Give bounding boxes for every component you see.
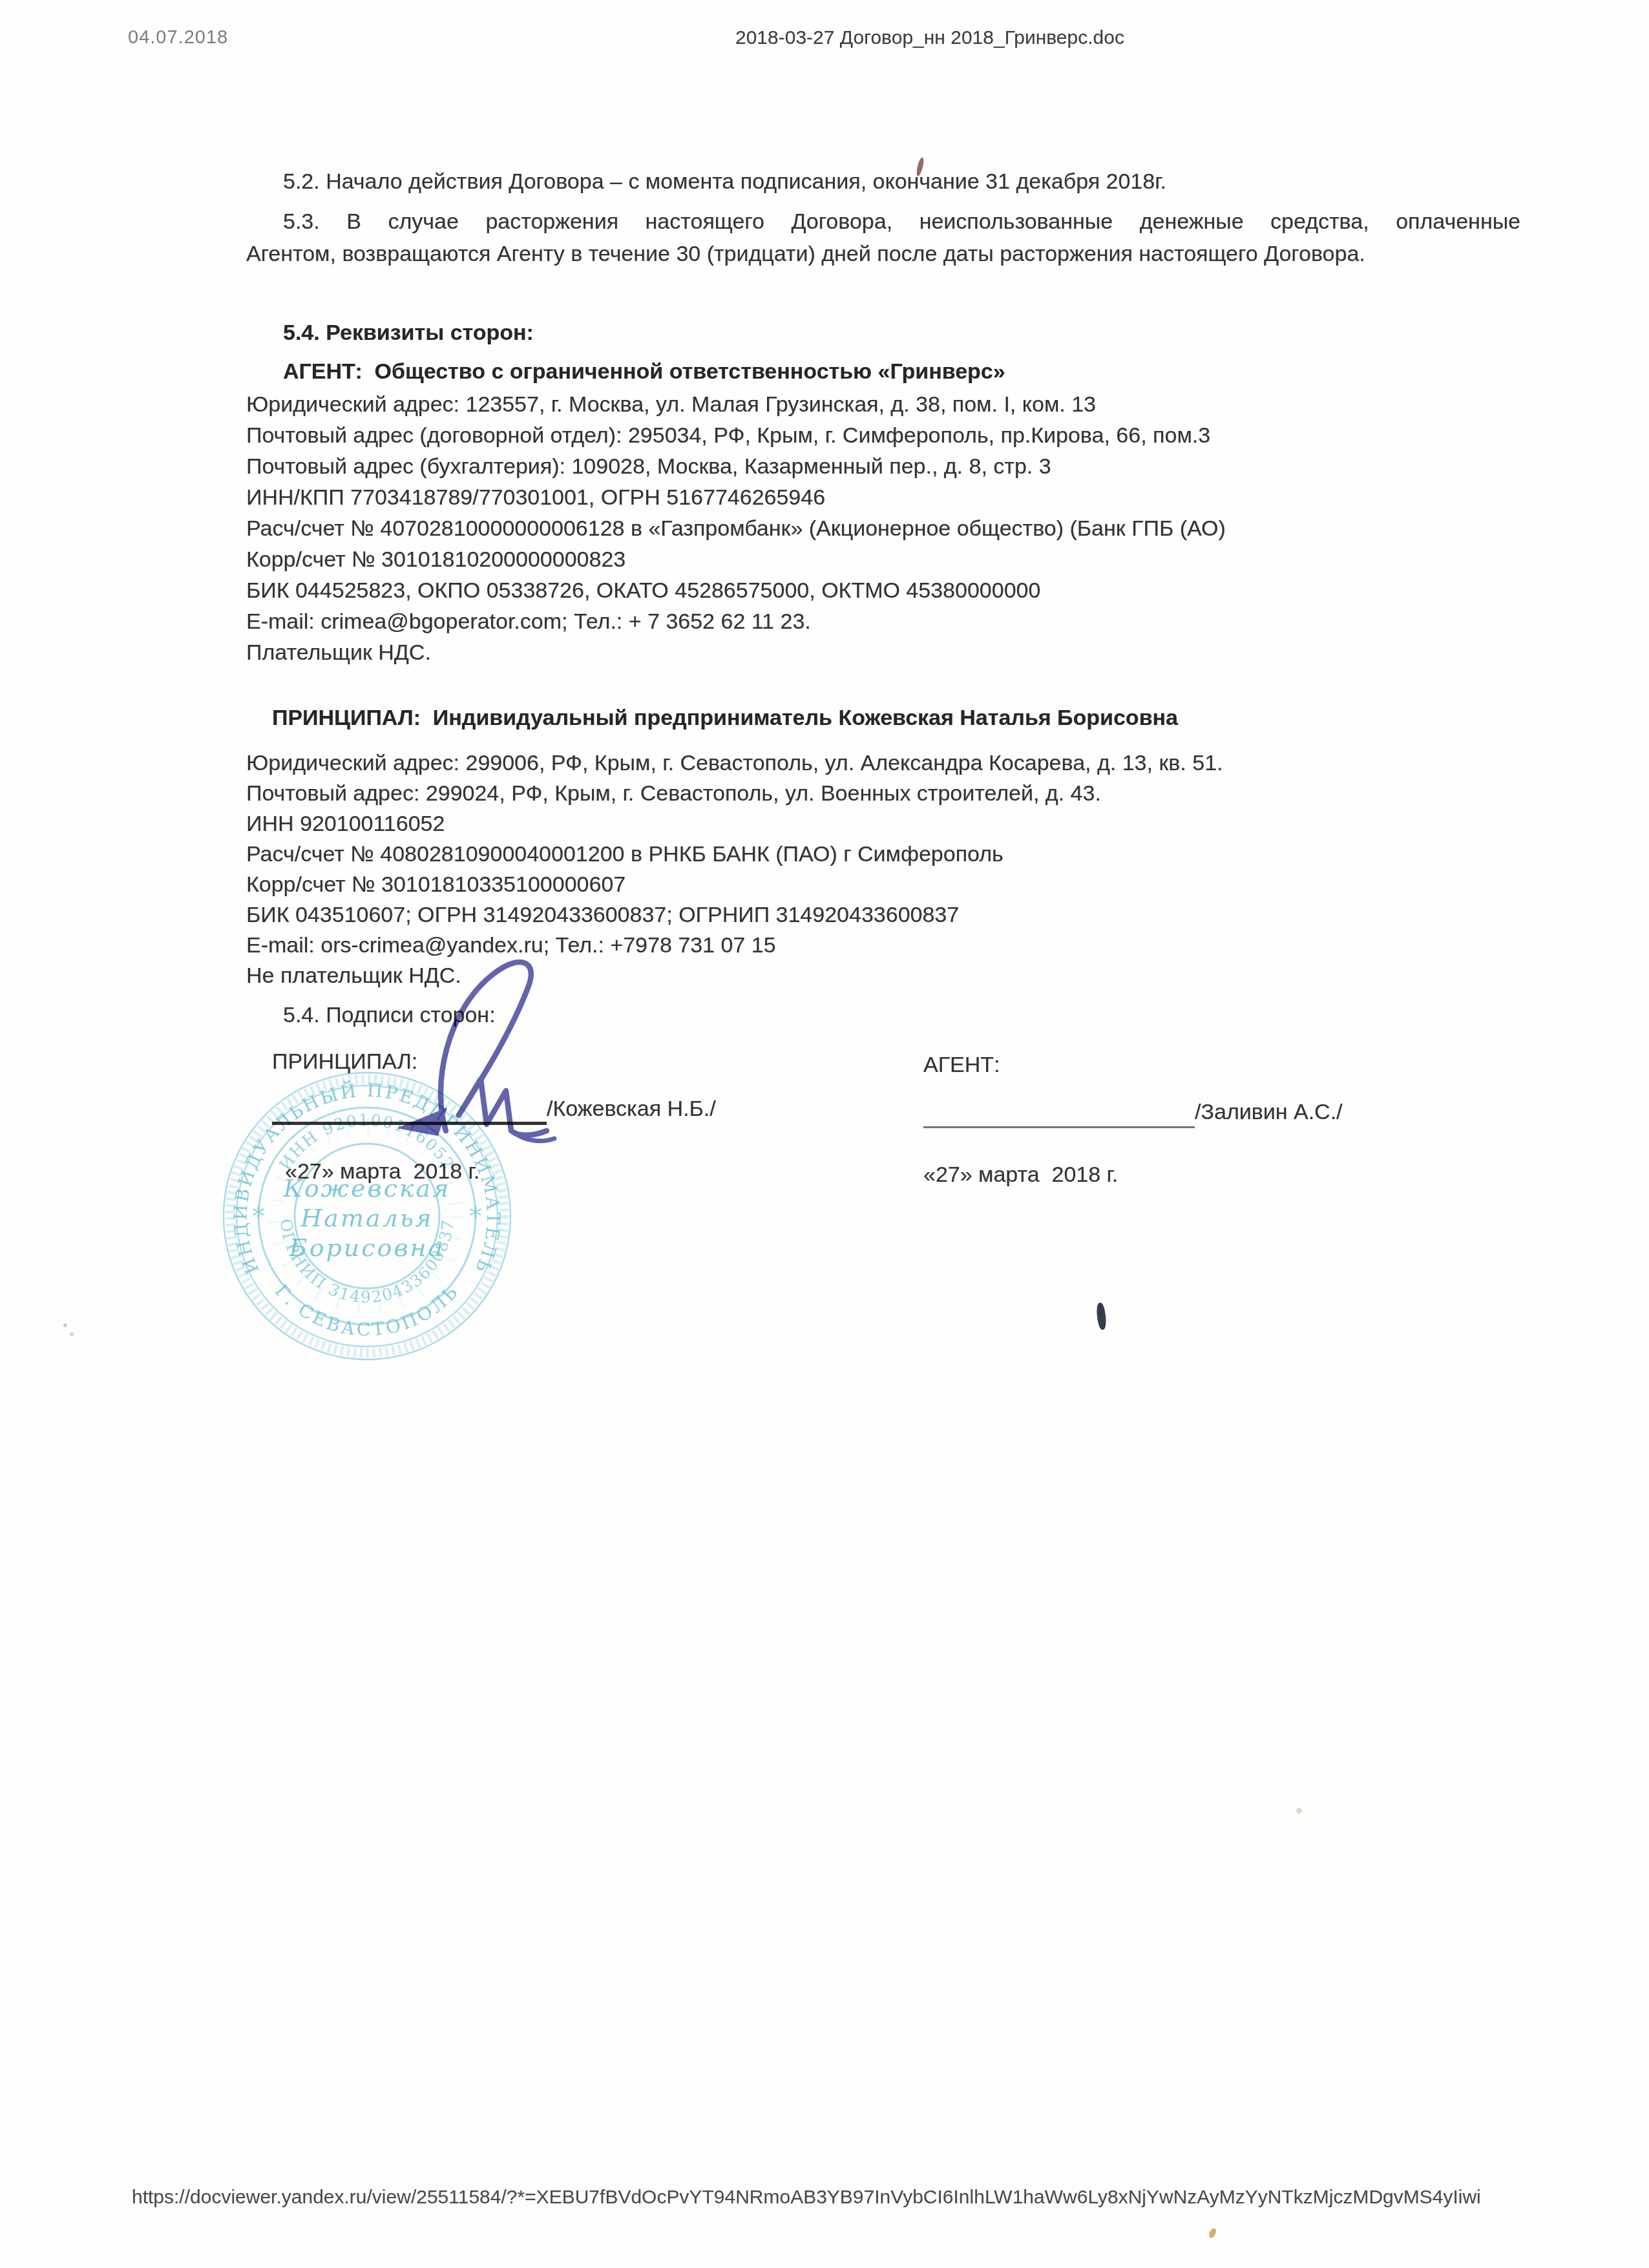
agent-inn-kpp-ogrn: ИНН/КПП 7703418789/770301001, ОГРН 51677… (246, 482, 1520, 513)
print-footer-url: https://docviewer.yandex.ru/view/2551158… (132, 2187, 1649, 2209)
stamp-separator-left: * (253, 1202, 265, 1230)
clause-5-3-line-2: Агентом, возвращаются Агенту в течение 3… (246, 238, 1520, 270)
agent-heading: АГЕНТ: Общество с ограниченной ответстве… (246, 355, 1520, 388)
agent-email-phone: E-mail: crimea@bgoperator.com; Тел.: + 7… (246, 606, 1520, 637)
stamp-name-line-2: Наталья (300, 1204, 434, 1232)
requisites-heading: 5.4. Реквизиты сторон: (246, 317, 1520, 349)
stamp-center-name: Кожевская Наталья Борисовна (283, 1174, 451, 1262)
principal-inn: ИНН 920100116052 (246, 809, 1520, 839)
clause-5-3-line-1: 5.3. В случае расторжения настоящего Дог… (246, 205, 1520, 238)
scanned-contract-page: 04.07.2018 2018-03-27 Договор_нн 2018_Гр… (0, 0, 1649, 2268)
principal-legal-address: Юридический адрес: 299006, РФ, Крым, г. … (246, 748, 1520, 779)
clause-5-3: 5.3. В случае расторжения настоящего Дог… (246, 205, 1520, 270)
principal-postal-address: Почтовый адрес: 299024, РФ, Крым, г. Сев… (246, 779, 1520, 809)
scan-artifact-ink-tick (1096, 1302, 1107, 1330)
stamp-name-line-1: Кожевская (283, 1174, 451, 1202)
agent-postal-address-accounting: Почтовый адрес (бухгалтерия): 109028, Мо… (246, 451, 1520, 482)
clause-5-2: 5.2. Начало действия Договора – с момент… (246, 165, 1520, 198)
stamp-separator-right: * (470, 1202, 482, 1230)
agent-signature-name: /Заливин А.С./ (1195, 1096, 1343, 1128)
agent-legal-address: Юридический адрес: 123557, г. Москва, ул… (246, 389, 1520, 420)
print-header-filename: 2018-03-27 Договор_нн 2018_Гринверс.doc (735, 27, 1124, 49)
agent-signature-line (923, 1100, 1195, 1128)
scan-artifact-orange-speck (1208, 2227, 1217, 2239)
principal-heading: ПРИНЦИПАЛ: Индивидуальный предпринимател… (246, 702, 1520, 734)
agent-correspondent-account: Корр/счет № 30101810200000000823 (246, 544, 1520, 575)
agent-vat-status: Плательщик НДС. (246, 637, 1520, 668)
print-header-date: 04.07.2018 (128, 27, 228, 48)
stamp-name-line-3: Борисовна (289, 1234, 445, 1262)
principal-correspondent-account: Корр/счет № 30101810335100000607 (246, 870, 1520, 900)
scan-artifact-faint-speck (1296, 1808, 1302, 1814)
agent-postal-address-contracts: Почтовый адрес (договорной отдел): 29503… (246, 420, 1520, 451)
agent-signature-label: АГЕНТ: (923, 1049, 1000, 1081)
agent-settlement-account: Расч/счет № 40702810000000006128 в «Газп… (246, 513, 1520, 544)
principal-settlement-account: Расч/счет № 40802810900040001200 в РНКБ … (246, 839, 1520, 870)
agent-details: Юридический адрес: 123557, г. Москва, ул… (246, 389, 1520, 668)
scan-artifact-gray-dots (63, 1323, 67, 1327)
agent-signature-row: /Заливин А.С./ (923, 1096, 1343, 1128)
agent-signature-date: «27» марта 2018 г. (923, 1159, 1118, 1191)
handwritten-signature (349, 918, 620, 1176)
agent-bik-okpo-okato-oktmo: БИК 044525823, ОКПО 05338726, ОКАТО 4528… (246, 575, 1520, 606)
